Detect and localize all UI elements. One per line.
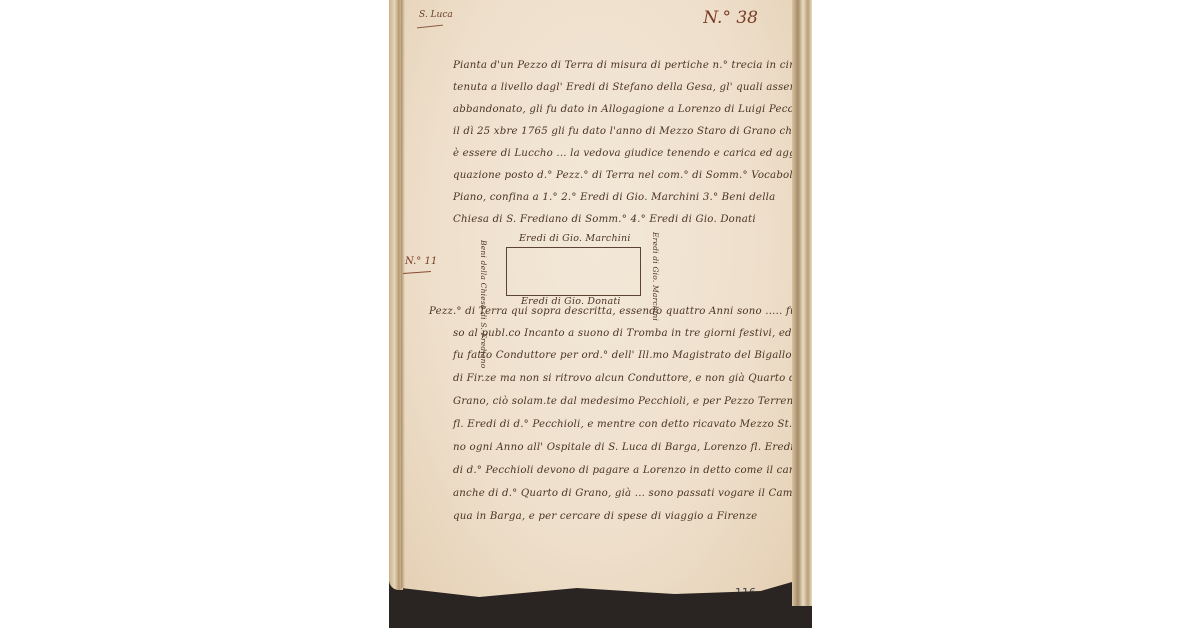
page-edges-stack <box>792 0 812 606</box>
text-line: Pianta d'un Pezzo di Terra di misura di … <box>453 60 806 71</box>
entry-number: N.° 38 <box>703 8 758 28</box>
text-line: fu fatto Conduttore per ord.° dell' Ill.… <box>453 350 851 361</box>
book-binding-edge <box>389 0 403 590</box>
folio-number: 116 <box>735 586 756 599</box>
manuscript-page: S. Luca N.° 38 Pianta d'un Pezzo di Terr… <box>401 0 792 600</box>
text-line: qua in Barga, e per cercare di spese di … <box>453 511 757 522</box>
plot-rectangle <box>506 247 641 296</box>
text-line: so al publ.co Incanto a suono di Tromba … <box>453 328 835 339</box>
text-line: Grano, ciò solam.te dal medesimo Pecchio… <box>453 396 800 407</box>
text-line: è essere di Luccho ... la vedova giudice… <box>453 148 807 159</box>
text-line: il dì 25 xbre 1765 gli fu dato l'anno di… <box>453 126 798 137</box>
corner-annotation: S. Luca <box>419 10 453 20</box>
diagram-left-label: Beni della Chiesa di S. Frediano <box>479 240 488 310</box>
diagram-right-label: Eredi di Gio. Marchini <box>651 232 660 314</box>
text-line: Pezz.° di Terra qui sopra descritta, ess… <box>429 306 822 317</box>
manuscript-scan: S. Luca N.° 38 Pianta d'un Pezzo di Terr… <box>389 0 812 628</box>
text-line: Piano, confina a 1.° 2.° Eredi di Gio. M… <box>453 192 775 203</box>
text-line: fl. Eredi di d.° Pecchioli, e mentre con… <box>453 419 834 430</box>
text-line: di d.° Pecchioli devono di pagare a Lore… <box>453 465 815 476</box>
margin-number: N.° 11 <box>405 256 437 267</box>
text-line: no ogni Anno all' Ospitale di S. Luca di… <box>453 442 794 453</box>
text-line: di Fir.ze ma non si ritrovo alcun Condut… <box>453 373 830 384</box>
text-line: Chiesa di S. Frediano di Somm.° 4.° Ered… <box>453 214 756 225</box>
text-line: abbandonato, gli fu dato in Allogagione … <box>453 104 847 115</box>
text-line: quazione posto d.° Pezz.° di Terra nel c… <box>453 170 812 181</box>
diagram-top-label: Eredi di Gio. Marchini <box>519 233 631 244</box>
text-line: anche di d.° Quarto di Grano, già ... so… <box>453 488 825 499</box>
